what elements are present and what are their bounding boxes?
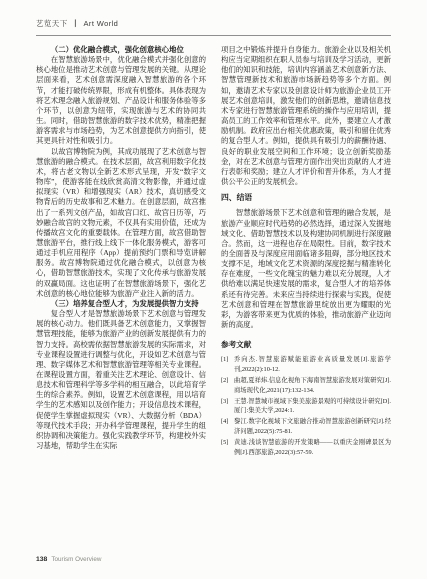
references-heading: 参考文献 [221, 340, 391, 350]
journal-title-en: Art World [84, 19, 119, 28]
reference-marker: [4] [221, 417, 234, 437]
reference-marker: [5] [221, 438, 234, 458]
reference-item: [2] 曲超,夏祥炜.信息化视角下海南智慧旅游发展对策研究[J].商场现代化,2… [221, 376, 391, 396]
conclusion-heading: 四、结语 [221, 193, 391, 203]
left-column: （二）优化融合模式，强化创意核心地位 在智慧旅游场景中，优化融合模式并强化创意的… [36, 45, 206, 458]
reference-marker: [2] [221, 376, 234, 396]
paragraph-conclusion: 智慧旅游场景下艺术创意和管理的融合发展，是旅游产业顺应时代趋势的必然选择，通过深… [221, 208, 391, 330]
reference-text: 王慧.智慧城市视域下集美旅游景观的可持续设计研究[D].厦门:集美大学,2024… [234, 397, 391, 417]
reference-list: [1] 乔向杰.智慧旅游赋能旅游业高质量发展[J].旅游学刊,2022(2):1… [221, 355, 391, 457]
page-header: 艺览天下丨Art World [36, 18, 391, 30]
header-rule [36, 35, 391, 36]
paragraph-talent-cultivation: 复合型人才是智慧旅游场景下艺术创意与管理发展的核心动力。他们既具备艺术创意能力，… [36, 309, 206, 451]
right-column: 项目之中锻炼并提升自身能力。旅游企业以及相关机构应当定期组织在职人员参与培训及学… [221, 45, 391, 458]
subsection-heading-3: （三）培养复合型人才，为发展提供智力支持 [36, 299, 206, 309]
paragraph-training-incentive: 项目之中锻炼并提升自身能力。旅游企业以及相关机构应当定期组织在职人员参与培训及学… [221, 45, 391, 187]
reference-text: 乔向杰.智慧旅游赋能旅游业高质量发展[J].旅游学刊,2022(2):10-12… [234, 355, 391, 375]
page-number: 138 [36, 556, 47, 563]
reference-marker: [1] [221, 355, 234, 375]
paragraph-fusion-theory: 在智慧旅游场景中，优化融合模式并强化创意的核心地位是推动艺术创意与管理发展的关键… [36, 55, 206, 146]
journal-page: 艺览天下丨Art World （二）优化融合模式，强化创意核心地位 在智慧旅游场… [0, 0, 427, 579]
reference-text: 黎江.数字化视域下文旅融合推动智慧旅游创新研究[J].经济问题,2022(5):… [234, 417, 391, 437]
journal-title-cn: 艺览天下 [36, 19, 68, 28]
footer-journal-label: Tourism Overview [51, 556, 101, 563]
subsection-heading-2: （二）优化融合模式，强化创意核心地位 [36, 45, 206, 55]
two-column-body: （二）优化融合模式，强化创意核心地位 在智慧旅游场景中，优化融合模式并强化创意的… [36, 45, 391, 458]
reference-item: [3] 王慧.智慧城市视域下集美旅游景观的可持续设计研究[D].厦门:集美大学,… [221, 397, 391, 417]
reference-marker: [3] [221, 397, 234, 417]
reference-text: 黄迪.浅谈智慧旅游的开发策略——以重庆金刚碑景区为例[J].西部旅游,2022(… [234, 438, 391, 458]
page-footer: 138Tourism Overview [36, 556, 101, 563]
paragraph-palace-museum-case: 以故宫博物院为例，其成功展现了艺术创意与智慧旅游的融合模式。在技术层面，故宫利用… [36, 147, 206, 299]
header-separator: 丨 [72, 19, 80, 28]
reference-item: [1] 乔向杰.智慧旅游赋能旅游业高质量发展[J].旅游学刊,2022(2):1… [221, 355, 391, 375]
reference-item: [4] 黎江.数字化视域下文旅融合推动智慧旅游创新研究[J].经济问题,2022… [221, 417, 391, 437]
reference-text: 曲超,夏祥炜.信息化视角下海南智慧旅游发展对策研究[J].商场现代化,2021(… [234, 376, 391, 396]
reference-item: [5] 黄迪.浅谈智慧旅游的开发策略——以重庆金刚碑景区为例[J].西部旅游,2… [221, 438, 391, 458]
